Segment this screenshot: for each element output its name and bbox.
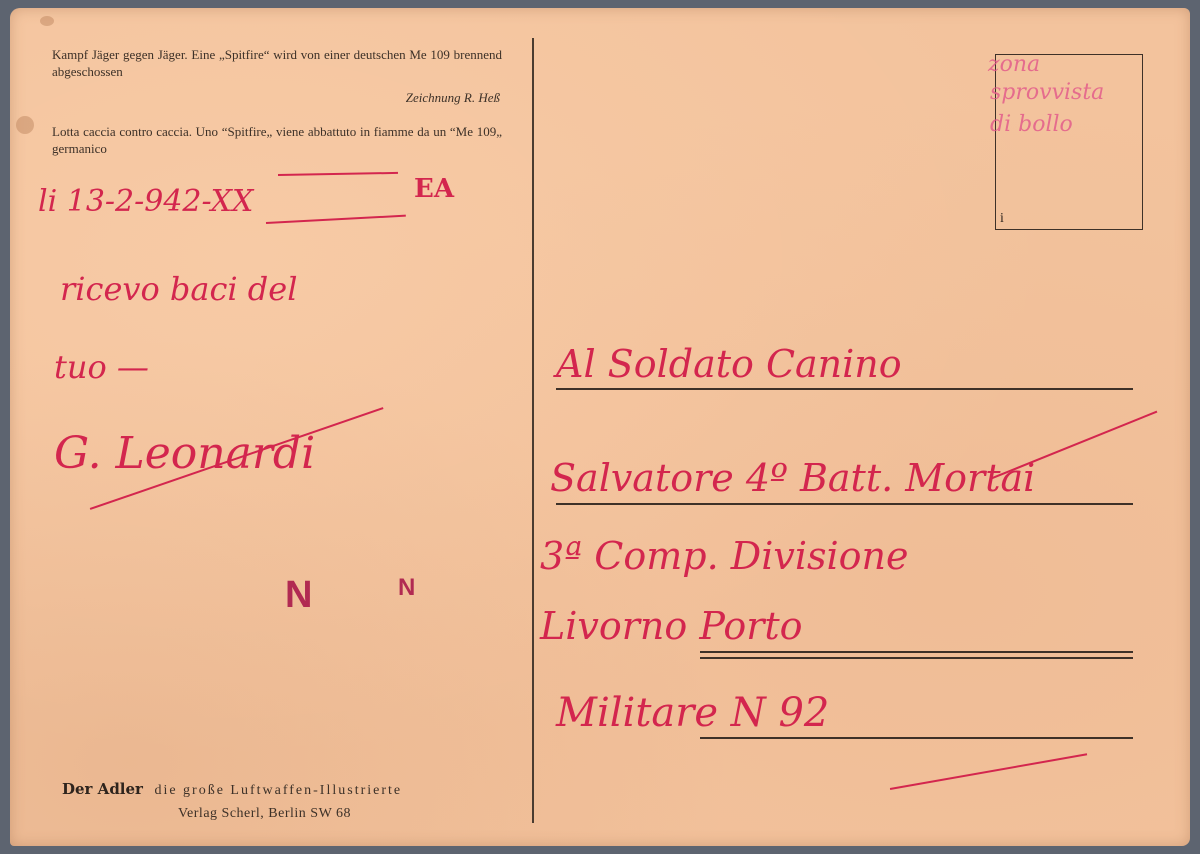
caption-german: Kampf Jäger gegen Jäger. Eine „Spitfire“…: [52, 46, 502, 80]
handwritten-signature: G. Leonardi: [54, 428, 315, 479]
address-flourish-5: [890, 753, 1087, 789]
stamp-note-line-1: zona: [988, 52, 1040, 77]
handwritten-date: li 13-2-942-XX: [38, 184, 253, 219]
address-rule-1: [556, 388, 1133, 390]
der-adler-logo: Der Adler: [62, 780, 143, 798]
mark-n-large: N: [285, 574, 312, 617]
mark-n-small: N: [398, 574, 415, 602]
stamp-note-line-3: di bollo: [990, 112, 1073, 137]
address-line-5: Militare N 92: [556, 690, 829, 736]
address-line-4: Livorno Porto: [540, 604, 803, 648]
address-flourish-2: [990, 411, 1157, 480]
address-rule-3a: [700, 651, 1133, 653]
stamp-note-line-2: sprovvista: [990, 80, 1104, 105]
handwritten-message-line-1: ricevo baci del: [60, 270, 297, 308]
address-rule-4: [700, 737, 1133, 739]
publisher-line: Der Adler die große Luftwaffen-Illustrie…: [62, 781, 502, 799]
handwritten-initials: EA: [414, 174, 454, 204]
caption-italian: Lotta caccia contro caccia. Uno “Spitfir…: [52, 123, 502, 157]
address-line-1: Al Soldato Canino: [556, 342, 902, 386]
address-line-3: 3ª Comp. Divisione: [540, 534, 909, 578]
address-line-2: Salvatore 4º Batt. Mortai: [550, 456, 1035, 500]
date-overline: [278, 172, 398, 176]
center-divider: [532, 38, 534, 823]
publisher-address: Verlag Scherl, Berlin SW 68: [178, 805, 351, 822]
address-rule-2: [556, 503, 1133, 505]
illustration-credit: Zeichnung R. Heß: [260, 89, 500, 106]
stain: [40, 16, 54, 26]
date-underline: [266, 215, 406, 224]
address-rule-3b: [700, 657, 1133, 659]
postcard: Kampf Jäger gegen Jäger. Eine „Spitfire“…: [10, 8, 1190, 846]
handwritten-message-line-2: tuo —: [54, 348, 149, 386]
publisher-tagline: die große Luftwaffen-Illustrierte: [154, 783, 402, 798]
stamp-box-mark: i: [1000, 211, 1004, 227]
stain: [16, 116, 34, 134]
